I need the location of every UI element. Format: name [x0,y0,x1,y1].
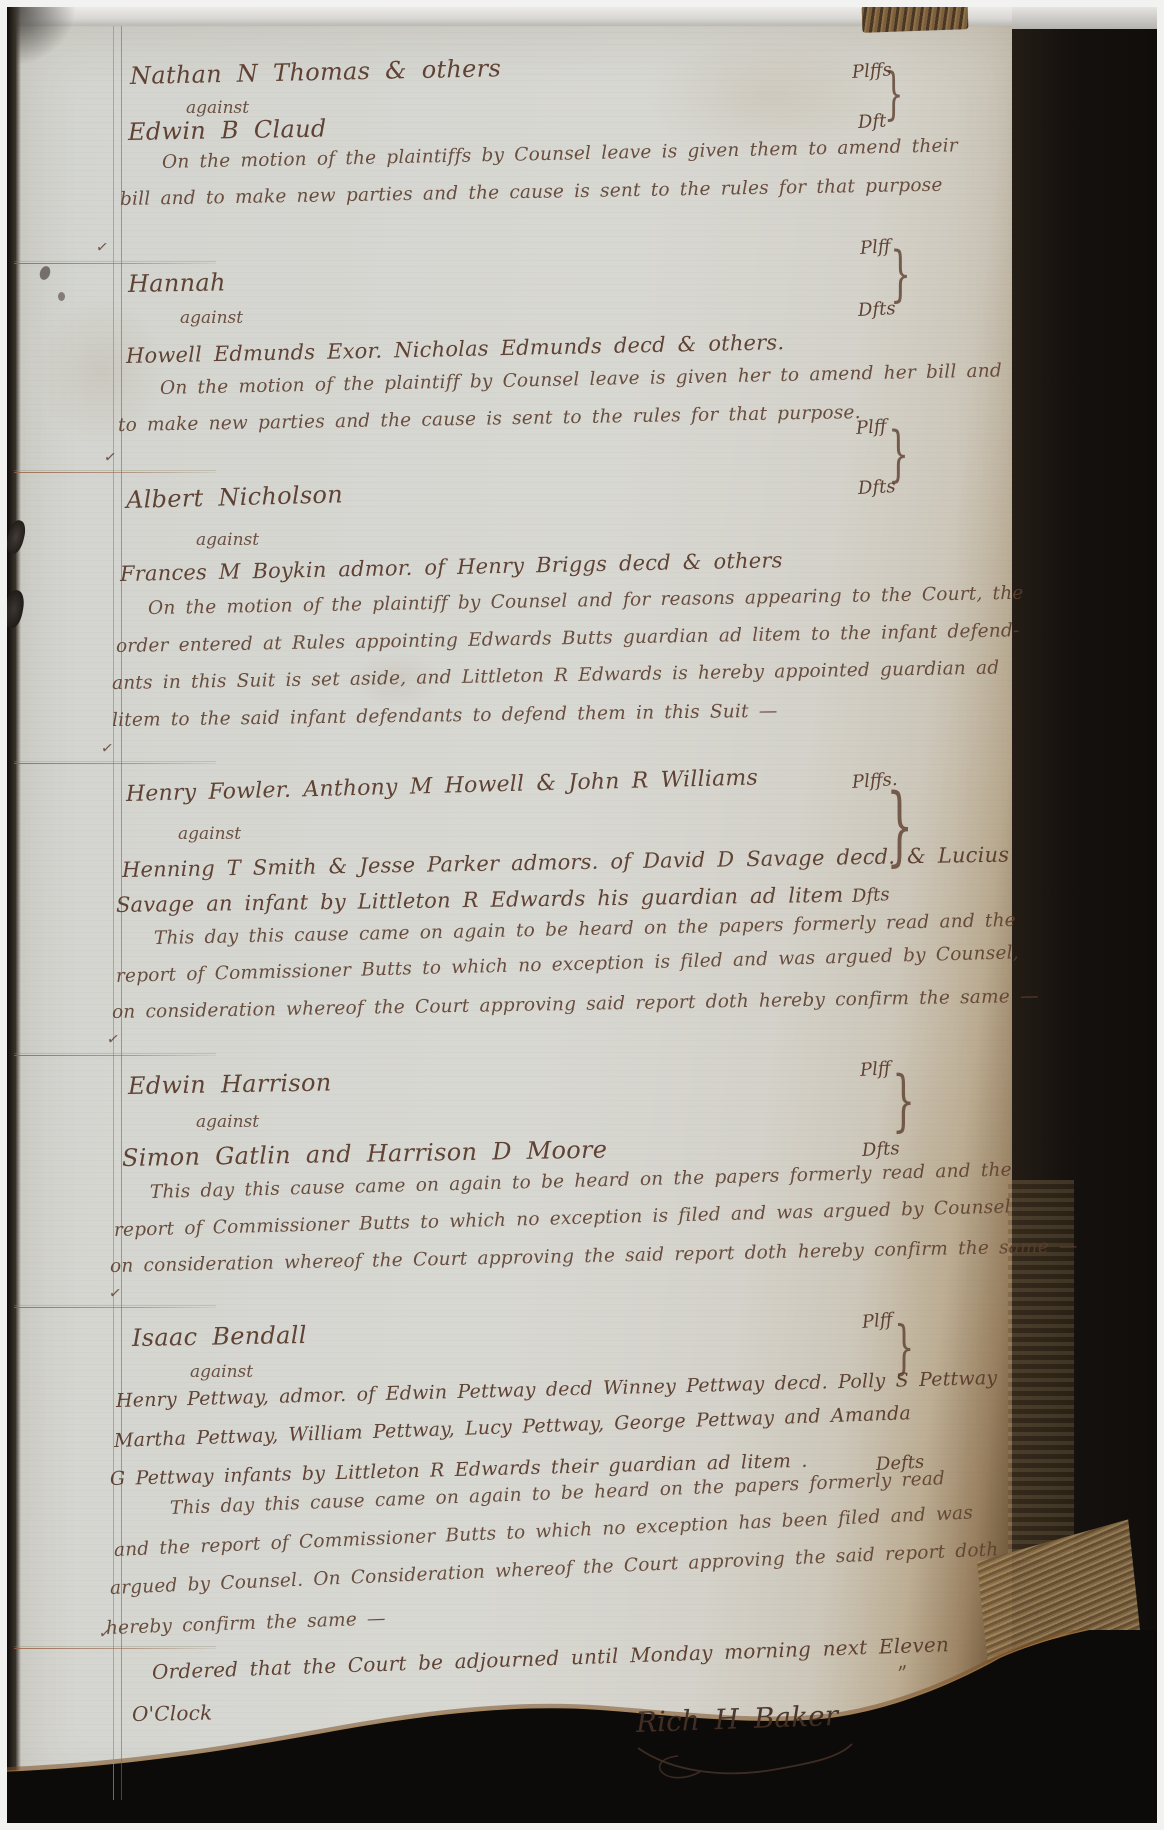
entry-separator [14,763,216,764]
order-text-line: This day this cause came on again to be … [154,910,1016,949]
party-brace: } [892,1070,915,1133]
plaintiff-name: Albert Nicholson [126,480,344,514]
margin-checkmark: ✓ [103,447,118,467]
plaintiff-label: Plff [861,1309,893,1333]
order-text-line: hereby confirm the same — [106,1608,386,1639]
judge-signature: Rich H Baker [635,1699,838,1739]
entry-separator [14,472,216,473]
defendant-name: Edwin B Claud [128,115,327,146]
plaintiff-label: Plff [855,416,887,439]
margin-checkmark: ✓ [106,1029,121,1049]
defendant-name: Frances M Boykin admor. of Henry Briggs … [120,548,783,586]
plaintiff-label: Plff [859,236,891,259]
entry-separator [14,1055,216,1056]
party-brace: } [890,246,911,303]
against-label: against [178,824,241,844]
plaintiff-name: Henry Fowler. Anthony M Howell & John R … [126,765,759,807]
against-label: against [180,308,243,328]
signature-flourish [628,1740,858,1784]
order-text-line: report of Commissioner Butts to which no… [116,942,1019,987]
plaintiff-label: Plff [859,1058,891,1081]
insertion-caret: ” [896,1660,910,1685]
plaintiff-name: Edwin Harrison [128,1068,332,1100]
plaintiff-name: Hannah [128,268,226,298]
against-label: against [196,530,259,550]
entry-separator [14,1307,216,1308]
order-text-line: to make new parties and the cause is sen… [118,402,861,436]
entry-separator [14,263,216,264]
defendant-name: Howell Edmunds Exor. Nicholas Edmunds de… [126,330,785,368]
page-content: ✓ ✓ ✓ ✓ ✓ ✓ Nathan N Thomas & others Plf… [0,0,1164,1830]
order-text-line: order entered at Rules appointing Edward… [116,620,1020,657]
margin-rule [113,26,114,1800]
defendant-name: Martha Pettway, William Pettway, Lucy Pe… [114,1402,912,1452]
defendant-name: Savage an infant by Littleton R Edwards … [116,883,844,917]
adjournment-line: Ordered that the Court be adjourned unti… [152,1632,950,1684]
defendant-name: Simon Gatlin and Harrison D Moore [122,1136,608,1172]
order-text-line: on consideration whereof the Court appro… [110,1236,1078,1277]
defendant-label: Dfts [861,1138,900,1161]
margin-checkmark: ✓ [100,738,115,758]
margin-checkmark: ✓ [108,1283,123,1303]
against-label: against [186,98,249,118]
defendant-label: Dft [857,111,886,133]
adjournment-line: O'Clock [132,1701,213,1726]
party-brace: } [894,1320,914,1375]
margin-checkmark: ✓ [95,237,110,257]
order-text-line: report of Commissioner Butts to which no… [114,1197,1011,1241]
against-label: against [190,1362,253,1382]
order-text-line: bill and to make new parties and the cau… [120,175,943,210]
order-text-line: On the motion of the plaintiff by Counse… [160,360,1002,399]
party-brace: } [888,426,909,483]
defendant-label: Dfts [857,298,896,321]
order-text-line: litem to the said infant defendants to d… [112,701,778,731]
order-text-line: On the motion of the plaintiff by Counse… [148,583,1024,619]
entry-separator [14,1648,216,1649]
defendant-label: Dfts [857,476,896,499]
plaintiff-name: Nathan N Thomas & others [130,54,502,90]
order-text-line: ants in this Suit is set aside, and Litt… [112,658,1000,694]
against-label: against [196,1112,259,1132]
defendant-name: Henning T Smith & Jesse Parker admors. o… [122,843,1010,882]
plaintiff-name: Isaac Bendall [132,1321,307,1352]
order-text-line: on consideration whereof the Court appro… [112,986,1039,1023]
defendant-label: Dfts [851,884,890,907]
party-brace: } [884,68,904,121]
